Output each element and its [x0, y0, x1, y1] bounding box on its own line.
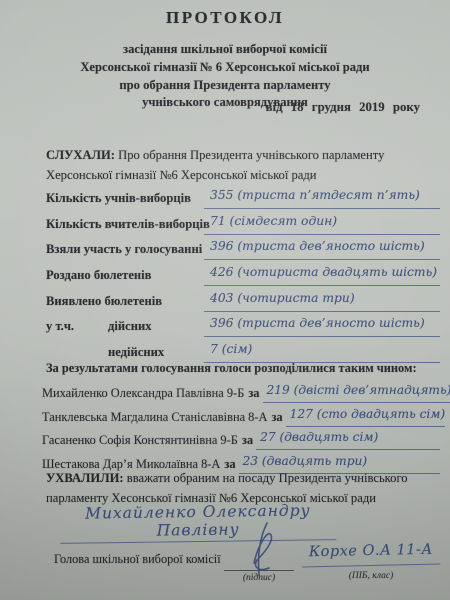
results-heading: За результатами голосування голоси розпо…: [46, 361, 442, 376]
field-value-handwritten: 403 (чотириста три): [204, 291, 440, 312]
field-row: Взяли участь у голосуванні 396 (триста д…: [46, 239, 440, 265]
field-label: у т.ч.дійсних: [46, 319, 152, 334]
field-value-handwritten: 426 (чотириста двадцять шість): [204, 265, 440, 286]
protocol-document-photo: ПРОТОКОЛ засідання шкільної виборчої ком…: [0, 0, 450, 600]
signed-name-handwritten: Корхе О.А 11-А: [302, 542, 440, 568]
field-value-handwritten: 396 (триста дев’яносто шість): [204, 316, 440, 337]
field-row: Роздано бюлетенів 426 (чотириста двадцят…: [46, 265, 440, 291]
protocol-date: від 18 грудня 2019 року: [0, 100, 420, 115]
candidate-votes-handwritten: 127 (сто двадцять сім): [286, 407, 446, 427]
field-value-handwritten: 396 (триста дев’яносто шість): [204, 239, 440, 260]
candidates-section: Михайленко Олександра Павлівна 9-Б за 21…: [42, 380, 440, 474]
field-row: у т.ч.дійсних 396 (триста дев’яносто шіс…: [46, 316, 440, 342]
field-value-handwritten: 7 (сім): [204, 342, 440, 363]
field-value-handwritten: 71 (сімдесят один): [204, 214, 440, 235]
field-label: Виявлено бюлетенів: [46, 294, 162, 309]
chair-label: Голова шкільної виборої комісії: [54, 552, 221, 567]
za-label: за: [238, 433, 256, 450]
candidate-row: Михайленко Олександра Павлівна 9-Б за 21…: [42, 380, 440, 403]
name-caption: (ПІБ, клас): [302, 571, 440, 581]
field-label: Кількість учнів-виборців: [46, 191, 191, 206]
subtitle-line: про обрання Президента парламенту: [0, 77, 450, 95]
voter-stats-section: Кількість учнів-виборців 355 (триста п’я…: [46, 188, 440, 368]
field-label: Кількість вчителів-виборців: [46, 217, 210, 232]
field-prefix: у т.ч.: [46, 319, 108, 334]
za-label: за: [267, 410, 285, 427]
field-row: Кількість вчителів-виборців 71 (сімдесят…: [46, 214, 440, 240]
elected-name-handwritten: Михайленко Олександру Павлівну: [60, 501, 337, 544]
field-label: Роздано бюлетенів: [46, 268, 151, 283]
za-label: за: [244, 386, 262, 403]
subtitle-line: Херсонської гімназії № 6 Херсонської міс…: [0, 59, 450, 77]
sluhaly-label: СЛУХАЛИ:: [46, 148, 115, 162]
signature-block: Голова шкільної виборої комісії (підпис)…: [54, 545, 440, 595]
candidate-name: Михайленко Олександра Павлівна 9-Б: [42, 386, 244, 403]
candidate-votes-handwritten: 219 (двісті дев’ятнадцять): [263, 383, 450, 403]
candidate-votes-handwritten: 27 (двадцять сім): [256, 430, 440, 450]
candidate-name: Танклевська Магдалина Станіславівна 8-А: [42, 410, 267, 427]
field-label: недійсних: [108, 345, 164, 359]
signature-line: [224, 549, 294, 571]
field-label: Взяли участь у голосуванні: [46, 242, 202, 257]
candidate-row: Танклевська Магдалина Станіславівна 8-А …: [42, 403, 440, 426]
candidate-row: Гасаненко Софія Констянтинівна 9-Б за 27…: [42, 427, 440, 450]
sluhaly-paragraph: СЛУХАЛИ: Про обрання Президента учнівськ…: [46, 146, 426, 185]
field-row: Кількість учнів-виборців 355 (триста п’я…: [46, 188, 440, 214]
candidate-name: Гасаненко Софія Констянтинівна 9-Б: [42, 433, 238, 450]
field-row: Виявлено бюлетенів 403 (чотириста три): [46, 291, 440, 317]
protocol-title: ПРОТОКОЛ: [0, 8, 450, 28]
subtitle-line: засідання шкільної виборчої комісії: [0, 41, 450, 59]
signature-caption: (підпис): [216, 573, 302, 583]
field-value-handwritten: 355 (триста п’ятдесят п’ять): [204, 188, 440, 209]
uhvalyly-label: УХВАЛИЛИ:: [46, 471, 124, 485]
